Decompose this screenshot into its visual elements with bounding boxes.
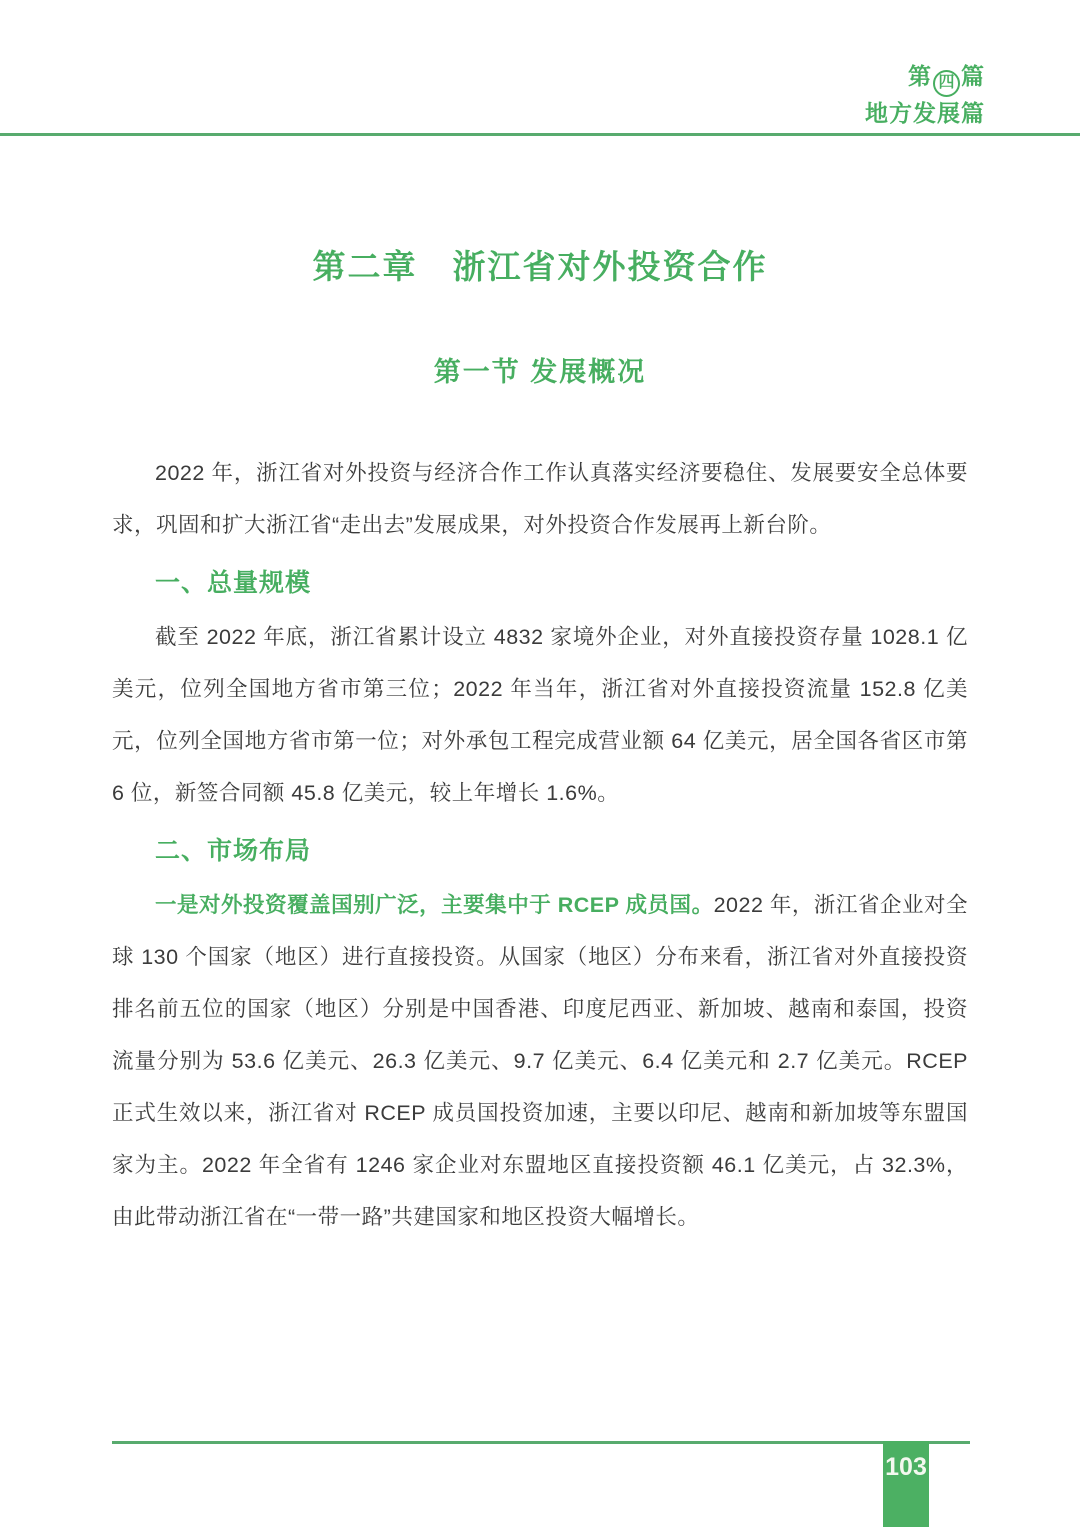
footer-rule [112,1441,970,1444]
page-number: 103 [883,1453,929,1482]
part-label: 第四篇 [865,60,985,97]
section-title: 第一节 发展概况 [112,350,968,389]
part-name: 地方发展篇 [865,97,985,129]
document-page: 第四篇 地方发展篇 第二章 浙江省对外投资合作 第一节 发展概况 2022 年，… [0,0,1080,1527]
part-label-suffix: 篇 [961,63,985,89]
chapter-title: 第二章 浙江省对外投资合作 [112,241,968,288]
intro-paragraph: 2022 年，浙江省对外投资与经济合作工作认真落实经济要稳住、发展要安全总体要求… [112,447,968,551]
subsection-2-body-text: 2022 年，浙江省企业对全球 130 个国家（地区）进行直接投资。从国家（地区… [112,893,968,1229]
subsection-2-lead-sentence: 一是对外投资覆盖国别广泛，主要集中于 RCEP 成员国。 [155,893,714,917]
part-label-prefix: 第 [908,63,932,89]
subsection-2-heading: 二、市场布局 [155,835,968,867]
main-content: 第二章 浙江省对外投资合作 第一节 发展概况 2022 年，浙江省对外投资与经济… [112,136,968,1243]
circled-four-number: 四 [933,70,960,97]
page-header: 第四篇 地方发展篇 [865,60,985,129]
subsection-2-paragraph: 一是对外投资覆盖国别广泛，主要集中于 RCEP 成员国。2022 年，浙江省企业… [112,879,968,1243]
subsection-1-paragraph: 截至 2022 年底，浙江省累计设立 4832 家境外企业，对外直接投资存量 1… [112,611,968,819]
page-number-tab: 103 [883,1441,929,1527]
subsection-1-heading: 一、总量规模 [155,567,968,599]
